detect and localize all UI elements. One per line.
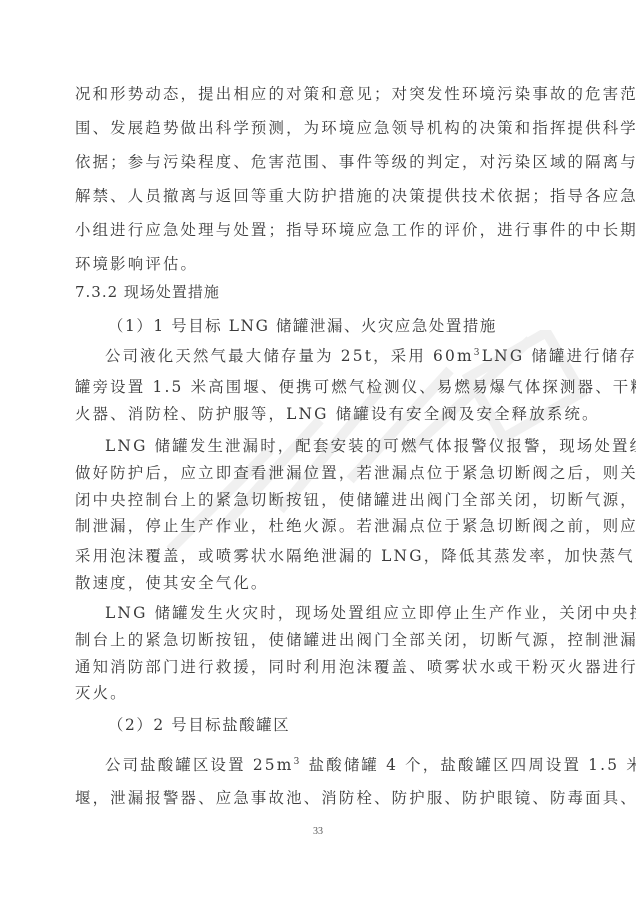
subsection-1-title: （1）1 号目标 LNG 储罐泄漏、火灾应急处置措施 [108, 316, 598, 336]
acid-line-1-prefix: 公司盐酸罐区设置 25m [105, 756, 294, 774]
storage-line-3: 火器、消防栓、防护服等，LNG 储罐设有安全阀及安全释放系统。 [75, 404, 565, 424]
subsection-2-title: （2）2 号目标盐酸罐区 [108, 715, 598, 735]
leak-line-1: LNG 储罐发生泄漏时，配套安装的可燃气体报警仪报警，现场处置组 [105, 436, 565, 456]
fire-line-2: 制台上的紧急切断按钮，使储罐进出阀门全部关闭，切断气源，控制泄漏， [75, 630, 565, 650]
intro-line-3: 依据；参与污染程度、危害范围、事件等级的判定，对污染区域的隔离与 [75, 152, 565, 172]
intro-line-5: 小组进行应急处理与处置；指导环境应急工作的评价，进行事件的中长期 [75, 220, 565, 240]
leak-line-5: 采用泡沫覆盖，或喷雾状水隔绝泄漏的 LNG，降低其蒸发率，加快蒸气的扩 [75, 546, 565, 566]
fire-line-3: 通知消防部门进行救援，同时利用泡沫覆盖、喷雾状水或干粉灭火器进行 [75, 657, 565, 677]
intro-line-6: 环境影响评估。 [75, 254, 565, 274]
intro-line-1: 况和形势动态，提出相应的对策和意见；对突发性环境污染事故的危害范 [75, 84, 565, 104]
intro-line-2: 围、发展趋势做出科学预测，为环境应急领导机构的决策和指挥提供科学 [75, 118, 565, 138]
fire-line-4: 灭火。 [75, 683, 565, 703]
superscript-3: 3 [474, 348, 482, 358]
storage-line-1-prefix: 公司液化天然气最大储存量为 25t，采用 60m [105, 347, 474, 365]
acid-line-2: 堰，泄漏报警器、应急事故池、消防栓、防护服、防护眼镜、防毒面具、 [75, 788, 565, 808]
storage-line-1: 公司液化天然气最大储存量为 25t，采用 60m3LNG 储罐进行储存，储 [105, 346, 565, 366]
fire-line-1: LNG 储罐发生火灾时，现场处置组应立即停止生产作业，关闭中央控 [105, 603, 565, 623]
page-number: 33 [0, 826, 636, 837]
intro-line-4: 解禁、人员撤离与返回等重大防护措施的决策提供技术依据；指导各应急 [75, 186, 565, 206]
superscript-3: 3 [294, 757, 302, 767]
document-page: 况和形势动态，提出相应的对策和意见；对突发性环境污染事故的危害范 围、发展趋势做… [0, 0, 636, 900]
acid-line-1-suffix: 盐酸储罐 4 个，盐酸罐区四周设置 1.5 米高围 [302, 756, 636, 774]
acid-line-1: 公司盐酸罐区设置 25m3 盐酸储罐 4 个，盐酸罐区四周设置 1.5 米高围 [105, 755, 565, 775]
leak-line-4: 制泄漏，停止生产作业，杜绝火源。若泄漏点位于紧急切断阀之前，则应 [75, 516, 565, 536]
storage-line-1-suffix: LNG 储罐进行储存，储 [482, 347, 636, 365]
leak-line-2: 做好防护后，应立即查看泄漏位置，若泄漏点位于紧急切断阀之后，则关 [75, 463, 565, 483]
storage-line-2: 罐旁设置 1.5 米高围堰、便携可燃气检测仪、易燃易爆气体探测器、干粉灭 [75, 377, 565, 397]
leak-line-3: 闭中央控制台上的紧急切断按钮，使储罐进出阀门全部关闭，切断气源，控 [75, 490, 565, 510]
leak-line-6: 散速度，使其安全气化。 [75, 573, 565, 593]
section-heading: 7.3.2 现场处置措施 [75, 282, 565, 302]
